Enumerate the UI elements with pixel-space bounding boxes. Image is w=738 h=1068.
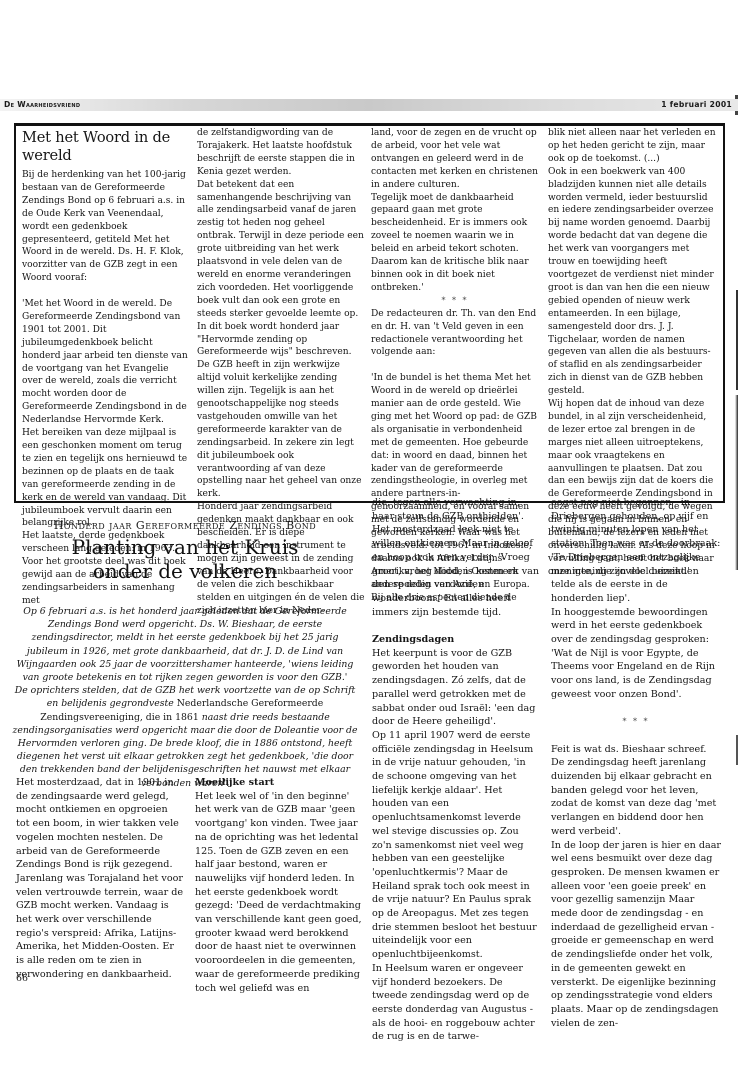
- box-paragraph: Het bereiken van deze mijlpaal is een ge…: [22, 427, 190, 530]
- subheading: Moeilijke start: [195, 776, 363, 790]
- intro-paragraph: De oprichters stelden, dat de GZB het we…: [12, 684, 358, 790]
- article-paragraph: Het mosterdzaad, dat in 1901 in de zendi…: [16, 776, 184, 982]
- box-paragraph: Dat betekent dat een samenhangende besch…: [197, 179, 365, 321]
- article-kicker: Honderd jaar Gereformeerde Zendings Bond: [0, 519, 370, 532]
- article-paragraph: Het mosterdzaad leek niet te willen ontk…: [372, 523, 540, 619]
- article-paragraph: Op 11 april 1907 werd de eerste officiël…: [372, 729, 540, 962]
- page-number: 66: [16, 973, 28, 984]
- article-paragraph: Feit is wat ds. Bieshaar schreef. De zen…: [551, 743, 721, 839]
- headline-line: Planting van het Kruis: [0, 536, 370, 560]
- article-paragraph: In hooggestemde bewoordingen werd in het…: [551, 606, 721, 702]
- box-paragraph: land, voor de zegen en de vrucht op de a…: [371, 127, 539, 192]
- box-paragraph: De redacteuren dr. Th. van den End en dr…: [371, 308, 539, 360]
- box-title: Met het Woord in de wereld: [22, 129, 190, 165]
- box-paragraph: Tegelijk moet de dankbaarheid gepaard ga…: [371, 192, 539, 295]
- section-divider-stars: * * *: [551, 715, 721, 729]
- article-paragraph: oogst nog niet begonnen - in Driebergen …: [551, 496, 721, 606]
- article-paragraph: die, tegen alle verwachting in, haar ste…: [372, 496, 540, 523]
- article-column-4: oogst nog niet begonnen - in Driebergen …: [551, 496, 721, 1030]
- article-column-1: Het mosterdzaad, dat in 1901 in de zendi…: [16, 776, 184, 982]
- box-paragraph: blik niet alleen naar het verleden en op…: [548, 127, 718, 166]
- publication-name: De Waarheidsvriend: [4, 99, 80, 111]
- newspaper-page: De Waarheidsvriend 1 februari 2001 Met h…: [0, 0, 738, 1068]
- headline-line: onder de volkeren: [0, 560, 370, 584]
- article-column-2: Moeilijke start Het leek wel of 'in den …: [195, 776, 363, 995]
- masthead-bar: De Waarheidsvriend 1 februari 2001: [0, 99, 738, 111]
- article-paragraph: In Heelsum waren er ongeveer vijf honder…: [372, 962, 540, 1044]
- article-paragraph: In de loop der jaren is hier en daar wel…: [551, 839, 721, 1031]
- box-paragraph: Ook in een boekwerk van 400 bladzijden k…: [548, 166, 718, 398]
- subheading: Zendingsdagen: [372, 633, 540, 647]
- article-paragraph: Het leek wel of 'in den beginne' het wer…: [195, 790, 363, 996]
- section-divider-stars: * * *: [371, 295, 539, 308]
- box-paragraph: Bij de herdenking van het 100-jarig best…: [22, 169, 190, 285]
- box-paragraph: In dit boek wordt honderd jaar "Hervormd…: [197, 321, 365, 502]
- article-headline: Planting van het Kruis onder de volkeren: [0, 536, 370, 583]
- article-column-3: die, tegen alle verwachting in, haar ste…: [372, 496, 540, 1044]
- box-paragraph: 'Met het Woord in de wereld. De Gereform…: [22, 298, 190, 427]
- article-intro: Op 6 februari a.s. is het honderd jaar g…: [12, 605, 358, 790]
- article-paragraph: Het keerpunt is voor de GZB geworden het…: [372, 647, 540, 729]
- issue-date: 1 februari 2001: [661, 99, 732, 111]
- box-paragraph: de zelfstandigwording van de Torajakerk.…: [197, 127, 365, 179]
- intro-paragraph: Op 6 februari a.s. is het honderd jaar g…: [12, 605, 358, 684]
